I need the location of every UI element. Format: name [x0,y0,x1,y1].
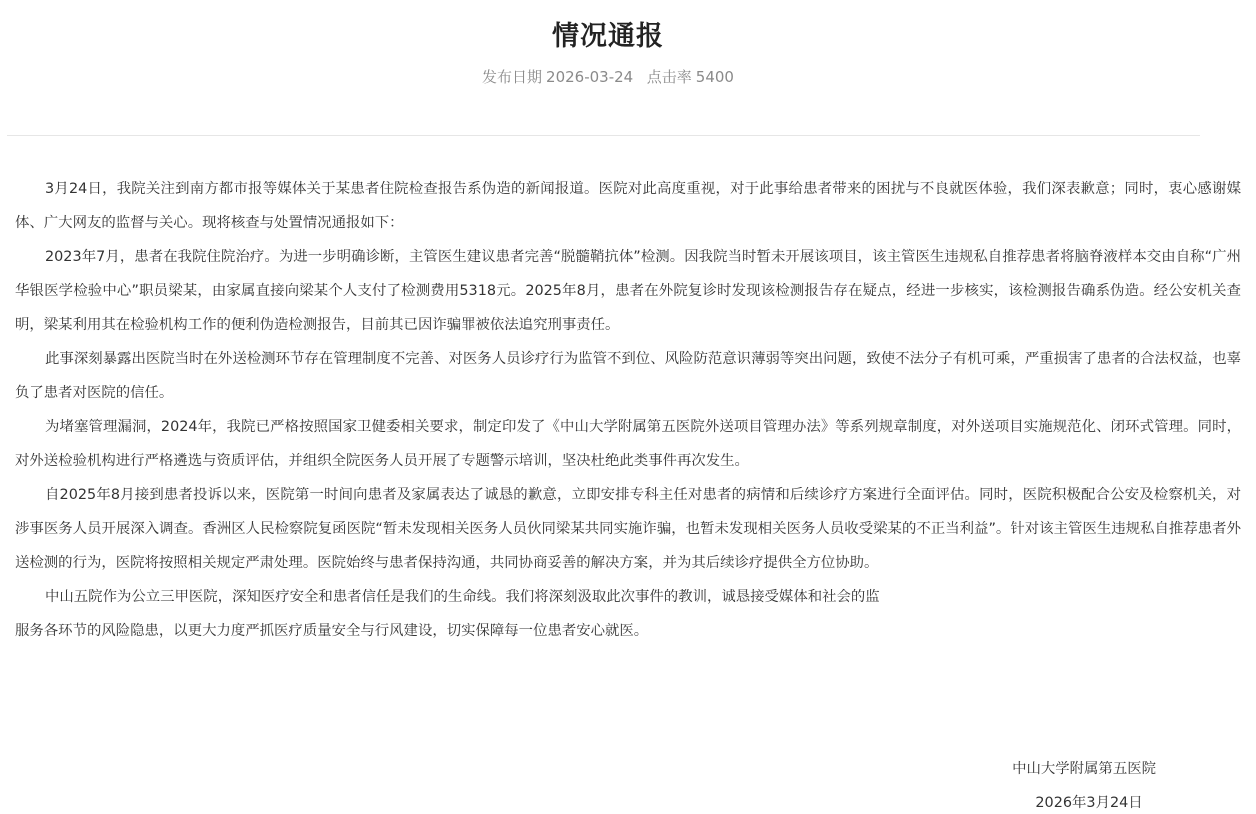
paragraph-measures: 为堵塞管理漏洞，2024年，我院已严格按照国家卫健委相关要求，制定印发了《中山大… [15,410,1241,478]
article-body: 3月24日，我院关注到南方都市报等媒体关于某患者住院检查报告系伪造的新闻报道。医… [15,172,1241,648]
publish-date-label: 发布日期 [482,68,542,86]
paragraph-handling: 自2025年8月接到患者投诉以来，医院第一时间向患者及家属表达了诚恳的歉意，立即… [15,478,1241,580]
header-divider [7,135,1200,136]
click-count-label: 点击率 [647,68,692,86]
click-count: 5400 [696,68,734,86]
article-meta: 发布日期2026-03-24 点击率5400 [0,66,1216,87]
signature-date: 2026年3月24日 [1012,786,1156,814]
paragraph-commitment: 中山五院作为公立三甲医院，深知医疗安全和患者信任是我们的生命线。我们将深刻汲取此… [15,580,1241,648]
paragraph-incident: 2023年7月，患者在我院住院治疗。为进一步明确诊断，主管医生建议患者完善“脱髓… [15,240,1241,342]
paragraph-intro: 3月24日，我院关注到南方都市报等媒体关于某患者住院检查报告系伪造的新闻报道。医… [15,172,1241,240]
paragraph-problems: 此事深刻暴露出医院当时在外送检测环节存在管理制度不完善、对医务人员诊疗行为监管不… [15,342,1241,410]
signature-block: 中山大学附属第五医院 2026年3月24日 [1012,752,1156,814]
signature-organization: 中山大学附属第五医院 [1012,752,1156,786]
page-title: 情况通报 [0,14,1216,53]
publish-date: 2026-03-24 [546,68,633,86]
commitment-line-1: 中山五院作为公立三甲医院，深知医疗安全和患者信任是我们的生命线。我们将深刻汲取此… [15,580,975,614]
commitment-line-2: 服务各环节的风险隐患，以更大力度严抓医疗质量安全与行风建设，切实保障每一位患者安… [15,614,1241,648]
